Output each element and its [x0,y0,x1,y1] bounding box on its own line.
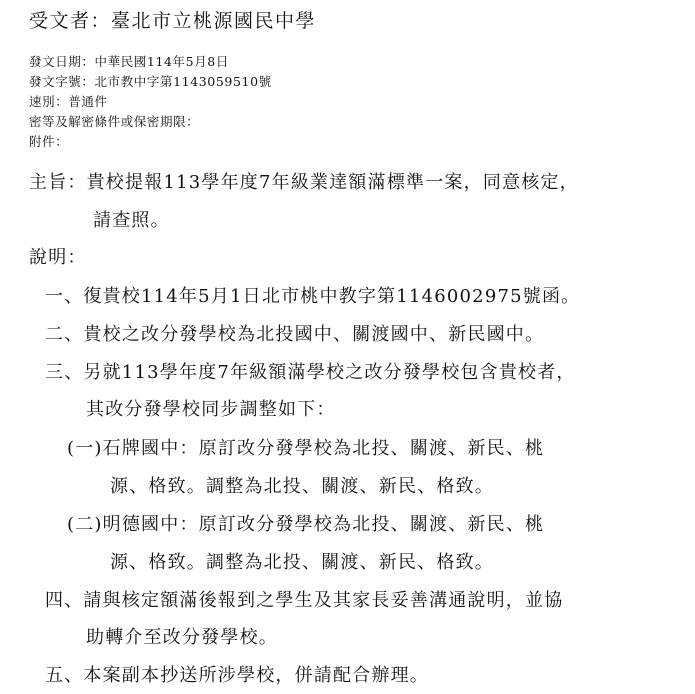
sub-item-text: 明德國中：原訂改分發學校為北投、關渡、新民、桃 [103,514,545,535]
explanation-item-2: 二、貴校之改分發學校為北投國中、關渡國中、新民國中。 [45,326,544,344]
item-text: 另就113學年度7年級額滿學校之改分發學校包含貴校者， [83,362,575,383]
item-marker: 三、 [45,362,83,383]
sub-item-marker: (一) [67,438,103,459]
issue-date: 發文日期：中華民國114年5月8日 [29,56,229,69]
attachments: 附件： [29,136,68,149]
item-marker: 五、 [45,665,83,686]
explanation-item-5: 五、本案副本抄送所涉學校，併請配合辦理。 [45,667,429,685]
explanation-item-4: 四、請與核定額滿後報到之學生及其家長妥善溝通說明，並協 [45,592,563,610]
item-marker: 二、 [45,324,83,345]
explanation-item-1: 一、復貴校114年5月1日北市桃中教字第1146002975號函。 [45,288,580,306]
recipient-heading: 受文者：臺北市立桃源國民中學 [29,12,316,31]
explanation-item-3: 三、另就113學年度7年級額滿學校之改分發學校包含貴校者， [45,364,576,382]
subject-line-2: 請查照。 [93,212,170,230]
recipient-label: 受文者： [29,10,111,32]
recipient-name: 臺北市立桃源國民中學 [111,10,316,32]
item-text: 本案副本抄送所涉學校，併請配合辦理。 [83,665,429,686]
subject-text: 貴校提報113學年度7年級業達額滿標準一案，同意核定， [87,172,579,193]
document-number: 發文字號：北市教中字第1143059510號 [29,76,272,89]
item-text: 貴校之改分發學校為北投國中、關渡國中、新民國中。 [83,324,544,345]
subject-label: 主旨： [29,174,87,192]
sub-item-1: (一)石牌國中：原訂改分發學校為北投、關渡、新民、桃 [67,440,544,458]
item-text: 請與核定額滿後報到之學生及其家長妥善溝通說明，並協 [83,590,563,611]
explanation-item-3-continued: 其改分發學校同步調整如下： [86,401,336,419]
item-marker: 一、 [45,286,83,307]
explanation-item-4-continued: 助轉介至改分發學校。 [86,629,278,647]
subject-line-1: 主旨：貴校提報113學年度7年級業達額滿標準一案，同意核定， [29,174,579,192]
explanation-label: 說明： [29,249,87,267]
security-level: 密等及解密條件或保密期限： [29,116,199,129]
sub-item-1-continued: 源、格致。調整為北投、關渡、新民、格致。 [110,478,494,496]
sub-item-marker: (二) [67,514,103,535]
item-text: 復貴校114年5月1日北市桃中教字第1146002975號函。 [83,286,580,307]
sub-item-text: 石牌國中：原訂改分發學校為北投、關渡、新民、桃 [103,438,545,459]
sub-item-2-continued: 源、格致。調整為北投、關渡、新民、格致。 [110,554,494,572]
item-marker: 四、 [45,590,83,611]
delivery-speed: 速別：普通件 [29,96,108,109]
sub-item-2: (二)明德國中：原訂改分發學校為北投、關渡、新民、桃 [67,516,544,534]
